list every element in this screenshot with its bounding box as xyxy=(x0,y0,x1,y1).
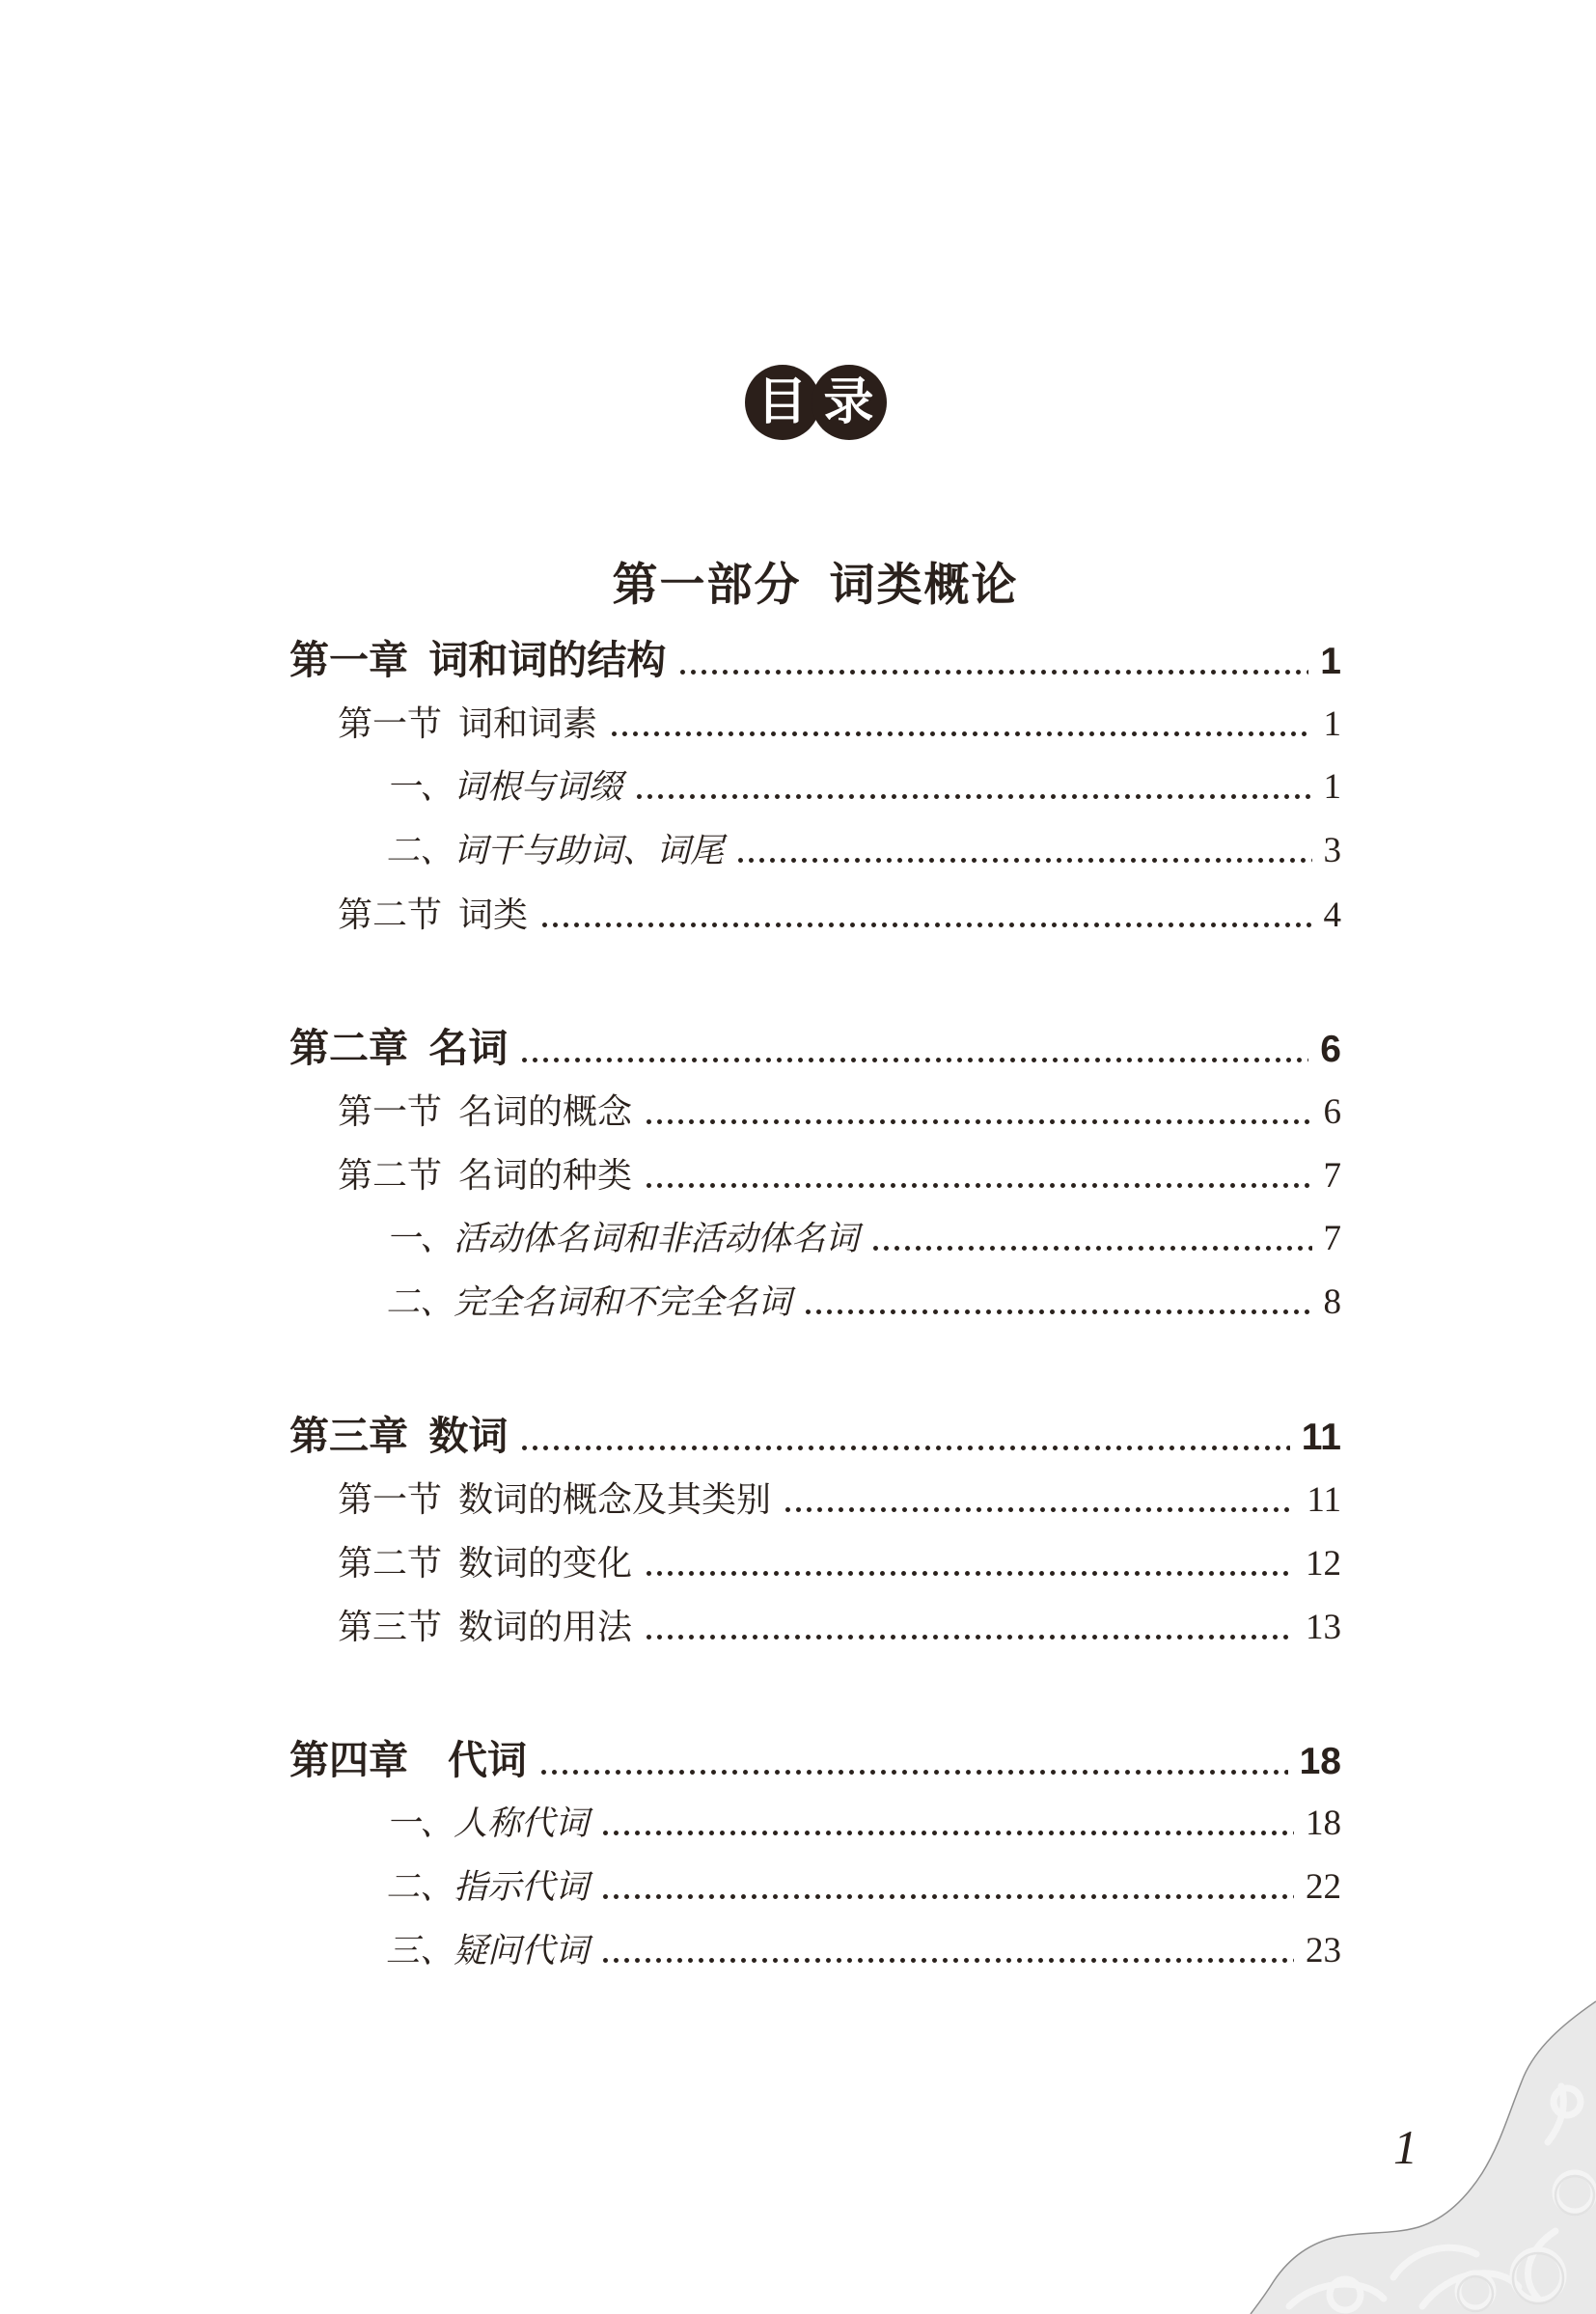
toc-entry-label: 第三章 数词 xyxy=(289,1404,508,1468)
dot-leader xyxy=(735,857,1311,864)
toc-entry-label: 第三节 数词的用法 xyxy=(338,1595,632,1659)
toc-entry-label: 一、词根与词缀 xyxy=(386,756,622,819)
dot-leader xyxy=(644,1118,1311,1125)
toc-entry-label: 一、活动体名词和非活动体名词 xyxy=(386,1207,859,1271)
toc-entry-label: 第一章 词和词的结构 xyxy=(289,628,666,692)
dot-leader xyxy=(783,1506,1295,1513)
toc-entry-label: 第二节 数词的变化 xyxy=(338,1531,632,1595)
dot-leader xyxy=(538,1769,1288,1776)
dot-leader xyxy=(634,793,1311,800)
toc-entry-label: 第二节 词类 xyxy=(338,883,528,947)
toc-entry: 第二节 名词的种类 7 xyxy=(289,1143,1341,1207)
toc-entry: 第二节 数词的变化 12 xyxy=(289,1531,1341,1595)
toc-entry: 一、词根与词缀 1 xyxy=(289,756,1341,819)
flourish-shape xyxy=(1251,2001,1596,2314)
toc-entry-label: 三、疑问代词 xyxy=(386,1919,589,1983)
toc-entry-page: 8 xyxy=(1324,1271,1342,1335)
dot-leader xyxy=(519,1445,1289,1451)
toc-entry-page: 11 xyxy=(1307,1469,1341,1532)
toc-logo-circle-right: 录 xyxy=(812,365,887,440)
toc-entry: 第一节 数词的概念及其类别 11 xyxy=(289,1468,1341,1531)
toc-entry: 一、人称代词 18 xyxy=(289,1792,1341,1856)
dot-leader xyxy=(870,1245,1311,1252)
flourish-edge-line xyxy=(1251,2001,1596,2314)
toc-entry: 第二章 名词 6 xyxy=(289,1016,1341,1080)
part-heading: 第一部分 词类概论 xyxy=(289,562,1341,607)
book-page: { "logo": { "char_left": "目", "char_righ… xyxy=(0,0,1596,2314)
toc-entry-page: 1 xyxy=(1320,630,1341,694)
toc-entry-page: 7 xyxy=(1324,1207,1342,1271)
toc-entry-page: 13 xyxy=(1306,1596,1341,1660)
toc-entry-label: 第一节 数词的概念及其类别 xyxy=(338,1468,771,1531)
toc-entry: 第二节 词类 4 xyxy=(289,883,1341,947)
toc-logo: 目 录 xyxy=(289,365,1341,440)
toc-entry: 二、词干与助词、词尾 3 xyxy=(289,819,1341,883)
dot-leader xyxy=(677,669,1308,675)
page-number: 1 xyxy=(1393,2123,1417,2171)
toc-entry: 一、活动体名词和非活动体名词 7 xyxy=(289,1207,1341,1271)
dot-leader xyxy=(644,1570,1294,1577)
toc-entry-page: 23 xyxy=(1306,1919,1341,1983)
toc-page-content: 目 录 第一部分 词类概论 第一章 词和词的结构 1 第一节 词和词素 1 一、… xyxy=(289,0,1341,1983)
toc-entry-page: 18 xyxy=(1306,1792,1341,1856)
toc-entry-label: 二、完全名词和不完全名词 xyxy=(386,1271,791,1335)
flourish-ornament xyxy=(1289,2086,1594,2310)
toc-entry-label: 第二节 名词的种类 xyxy=(338,1143,632,1207)
toc-entry-page: 1 xyxy=(1324,756,1342,819)
dot-leader xyxy=(644,1634,1294,1640)
toc-entry-label: 二、词干与助词、词尾 xyxy=(386,819,724,883)
toc-entry: 第一节 词和词素 1 xyxy=(289,692,1341,756)
dot-leader xyxy=(519,1057,1308,1063)
dot-leader xyxy=(609,730,1311,737)
flourish-ornament-shadow xyxy=(1458,2176,1594,2311)
toc-entry-page: 6 xyxy=(1320,1018,1341,1082)
toc-entry-page: 3 xyxy=(1324,819,1342,883)
toc-entry-label: 一、人称代词 xyxy=(386,1792,589,1856)
toc-entry: 第一章 词和词的结构 1 xyxy=(289,628,1341,692)
toc-logo-circle-left: 目 xyxy=(745,365,820,440)
dot-leader xyxy=(539,922,1311,928)
toc-logo-char-left: 目 xyxy=(757,377,807,427)
toc-entry-page: 7 xyxy=(1324,1144,1342,1208)
toc-entry-page: 1 xyxy=(1324,693,1342,757)
toc-entry-label: 二、指示代词 xyxy=(386,1856,589,1919)
toc-entry: 第三章 数词 11 xyxy=(289,1404,1341,1468)
dot-leader xyxy=(644,1182,1311,1189)
toc-entry-page: 4 xyxy=(1324,884,1342,948)
dot-leader xyxy=(803,1309,1311,1315)
toc-entry-label: 第一节 名词的概念 xyxy=(338,1080,632,1143)
dot-leader xyxy=(600,1893,1294,1900)
toc-entry: 第三节 数词的用法 13 xyxy=(289,1595,1341,1659)
toc-entry: 三、疑问代词 23 xyxy=(289,1919,1341,1983)
toc-entry-label: 第一节 词和词素 xyxy=(338,692,597,756)
toc-entry-label: 第四章 代词 xyxy=(289,1728,527,1792)
toc-entry-label: 第二章 名词 xyxy=(289,1016,508,1080)
toc-entry: 二、指示代词 22 xyxy=(289,1856,1341,1919)
toc-entry-page: 6 xyxy=(1324,1081,1342,1144)
toc-entry-page: 12 xyxy=(1306,1532,1341,1596)
dot-leader xyxy=(600,1830,1294,1836)
toc-entry: 第一节 名词的概念 6 xyxy=(289,1080,1341,1143)
toc-entry-page: 11 xyxy=(1302,1406,1341,1470)
toc-entry: 第四章 代词 18 xyxy=(289,1728,1341,1792)
dot-leader xyxy=(600,1957,1294,1964)
toc-list: 第一章 词和词的结构 1 第一节 词和词素 1 一、词根与词缀 1 二、词干与助… xyxy=(289,628,1341,1983)
toc-entry-page: 22 xyxy=(1306,1856,1341,1919)
toc-entry: 二、完全名词和不完全名词 8 xyxy=(289,1271,1341,1335)
toc-logo-char-right: 录 xyxy=(823,377,873,427)
toc-entry-page: 18 xyxy=(1300,1730,1341,1794)
